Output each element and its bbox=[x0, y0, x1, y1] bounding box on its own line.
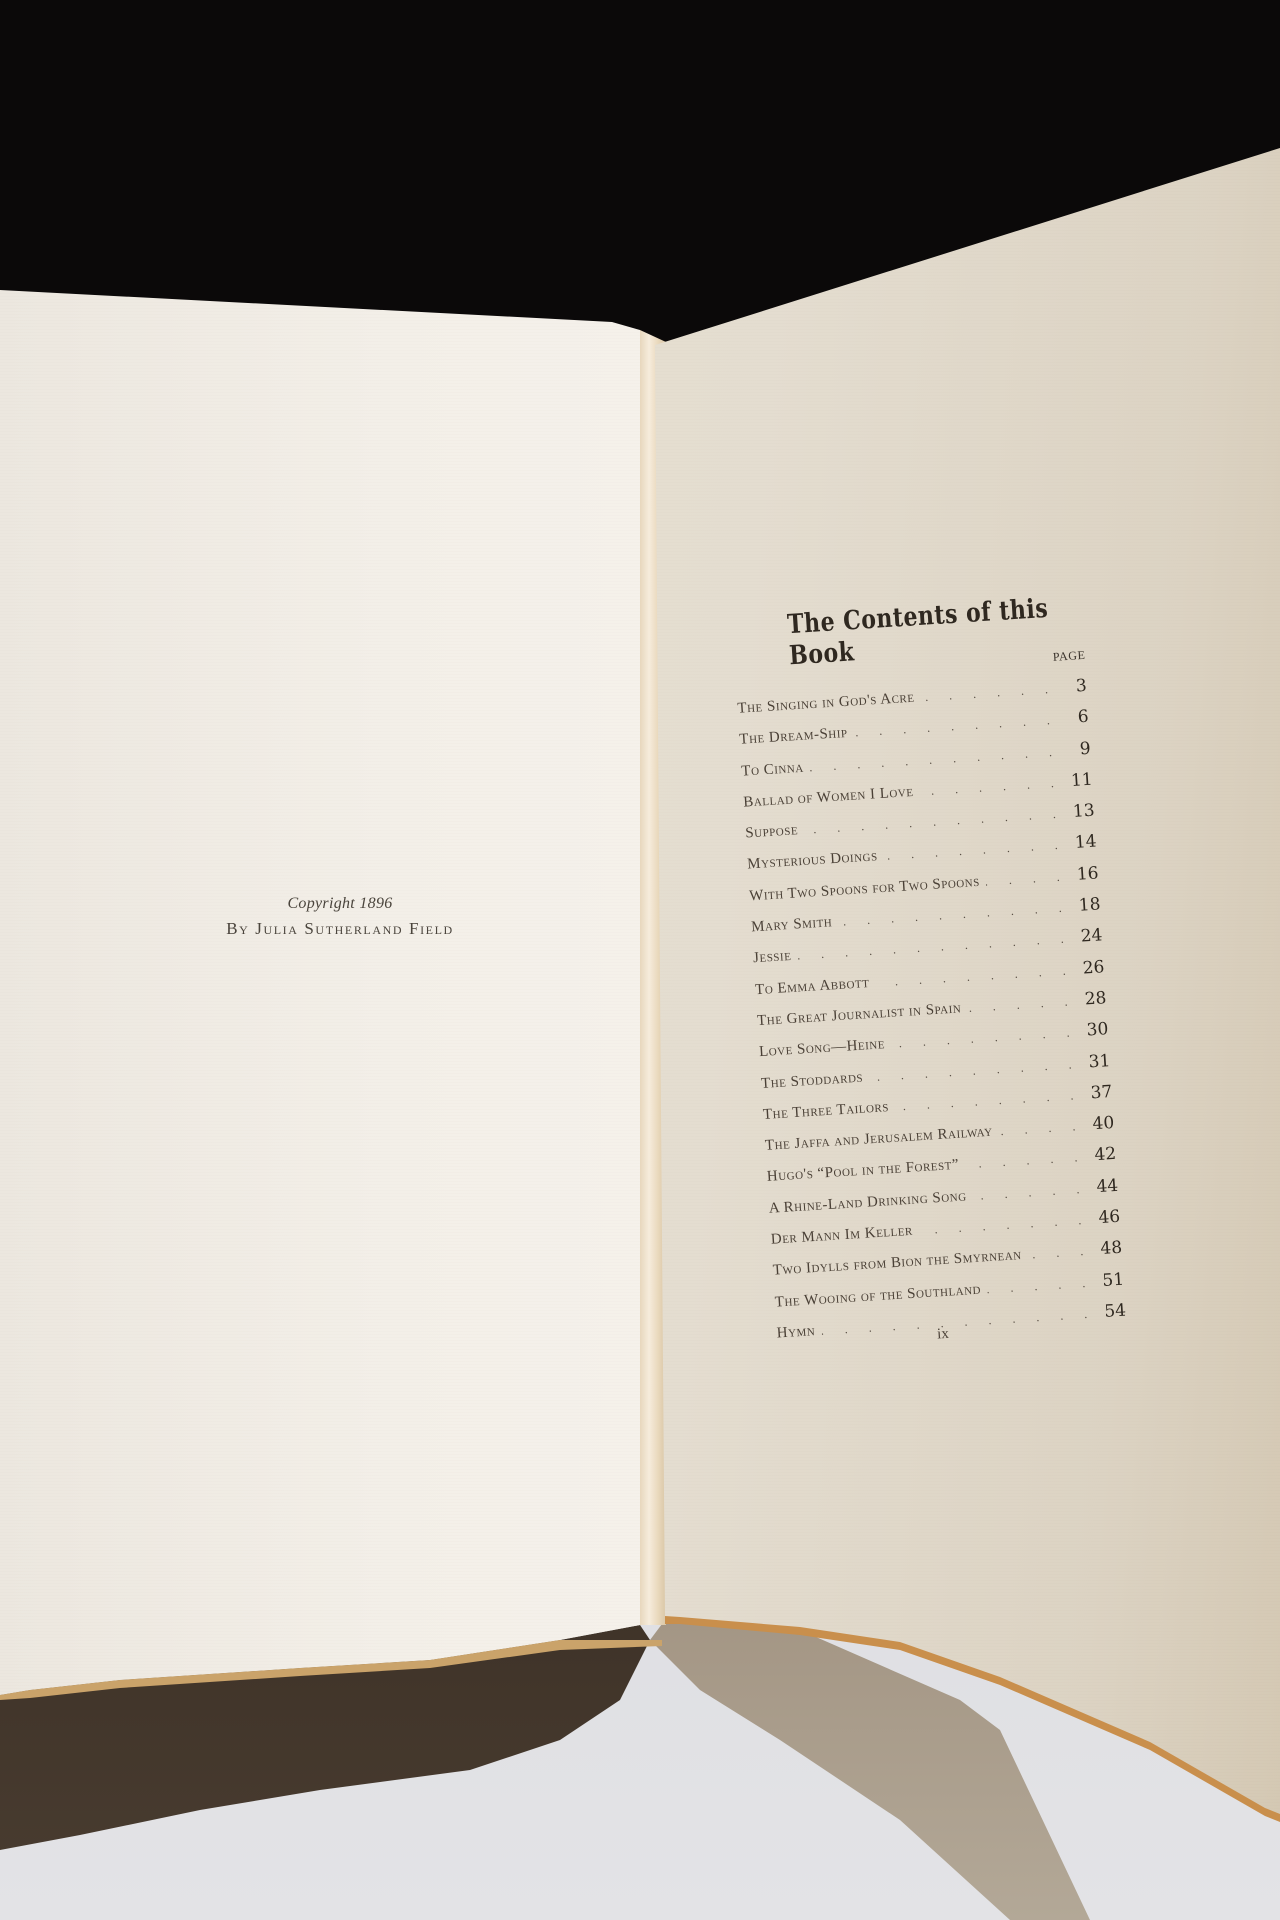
toc-entry-title: To Cinna bbox=[741, 759, 804, 780]
toc-entry-title: Jessie bbox=[753, 948, 792, 967]
toc-entry-title: The Singing in God's Acre bbox=[737, 690, 915, 718]
page-folio: ix bbox=[937, 1326, 950, 1344]
toc-entry-page: 11 bbox=[1068, 770, 1093, 791]
toc-list: The Singing in God's Acre. . . . . . . .… bbox=[737, 676, 1128, 1354]
toc-entry-page: 26 bbox=[1080, 957, 1105, 978]
toc-entry-title: Der Mann Im Keller bbox=[770, 1223, 913, 1249]
toc-entry-page: 24 bbox=[1078, 926, 1103, 947]
toc-entry-page: 54 bbox=[1101, 1301, 1126, 1322]
dot-leader: . . . . . . . . . . . . . . . . . . . . … bbox=[998, 1119, 1085, 1139]
toc-title: The Contents of this Book bbox=[786, 590, 1094, 671]
dot-leader: . . . . . . . . . . . . . . . . . . . . … bbox=[986, 1275, 1094, 1297]
toc-entry-title: Suppose bbox=[745, 822, 799, 842]
dot-leader: . . . . . . . . . . . . . . . . . . . . … bbox=[920, 682, 1057, 706]
toc-entry-page: 14 bbox=[1072, 832, 1097, 853]
toc-entry-title: Mysterious Doings bbox=[747, 849, 878, 874]
toc-entry-page: 9 bbox=[1066, 738, 1091, 759]
toc-entry-page: 48 bbox=[1098, 1238, 1123, 1259]
toc-entry-page: 13 bbox=[1070, 801, 1095, 822]
toc-entry-page: 31 bbox=[1086, 1051, 1111, 1072]
toc-entry-page: 37 bbox=[1088, 1082, 1113, 1103]
toc-entry-page: 30 bbox=[1084, 1019, 1109, 1040]
dot-leader: . . . . . . . . . . . . . . . . . . . . … bbox=[919, 775, 1063, 799]
dot-leader: . . . . . . . . . . . . . . . . . . . . … bbox=[967, 994, 1077, 1016]
toc-entry-title: Mary Smith bbox=[751, 914, 833, 936]
toc-entry-title: Love Song—Heine bbox=[759, 1036, 886, 1061]
author-line: By Julia Sutherland Field bbox=[190, 919, 490, 939]
book-photo-scene: Copyright 1896 By Julia Sutherland Field… bbox=[0, 0, 1280, 1920]
toc-entry-page: 42 bbox=[1092, 1144, 1117, 1165]
dot-leader: . . . . . . . . . . . . . . . . . . . . … bbox=[965, 1150, 1087, 1173]
toc-entry-page: 44 bbox=[1094, 1176, 1119, 1197]
toc-entry-page: 46 bbox=[1096, 1207, 1121, 1228]
toc-entry-page: 28 bbox=[1082, 988, 1107, 1009]
toc-entry-page: 16 bbox=[1074, 863, 1099, 884]
toc-entry-title: The Three Tailors bbox=[763, 1099, 890, 1124]
toc-entry-page: 51 bbox=[1099, 1269, 1124, 1290]
copyright-line: Copyright 1896 bbox=[190, 895, 490, 913]
copyright-block: Copyright 1896 By Julia Sutherland Field bbox=[190, 895, 490, 939]
toc-entry-title: To Emma Abbott bbox=[755, 975, 870, 999]
dot-leader: . . . . . . . . . . . . . . . . . . . . … bbox=[985, 869, 1069, 889]
toc-entry-page: 6 bbox=[1064, 707, 1089, 728]
page-column-header: PAGE bbox=[1052, 648, 1086, 665]
toc-entry-page: 3 bbox=[1062, 676, 1087, 697]
dot-leader: . . . . . . . . . . . . . . . . . . . . … bbox=[972, 1181, 1089, 1203]
toc-entry-page: 40 bbox=[1090, 1113, 1115, 1134]
dot-leader: . . . . . . . . . . . . . . . . . . . . … bbox=[1027, 1244, 1093, 1263]
toc-entry-title: The Dream-Ship bbox=[739, 725, 848, 749]
toc-entry-page: 18 bbox=[1076, 894, 1101, 915]
toc-entry-title: Hymn bbox=[776, 1323, 816, 1342]
table-of-contents: The Contents of this Book PAGE The Singi… bbox=[730, 567, 1089, 590]
toc-entry-title: The Stoddards bbox=[761, 1069, 864, 1092]
